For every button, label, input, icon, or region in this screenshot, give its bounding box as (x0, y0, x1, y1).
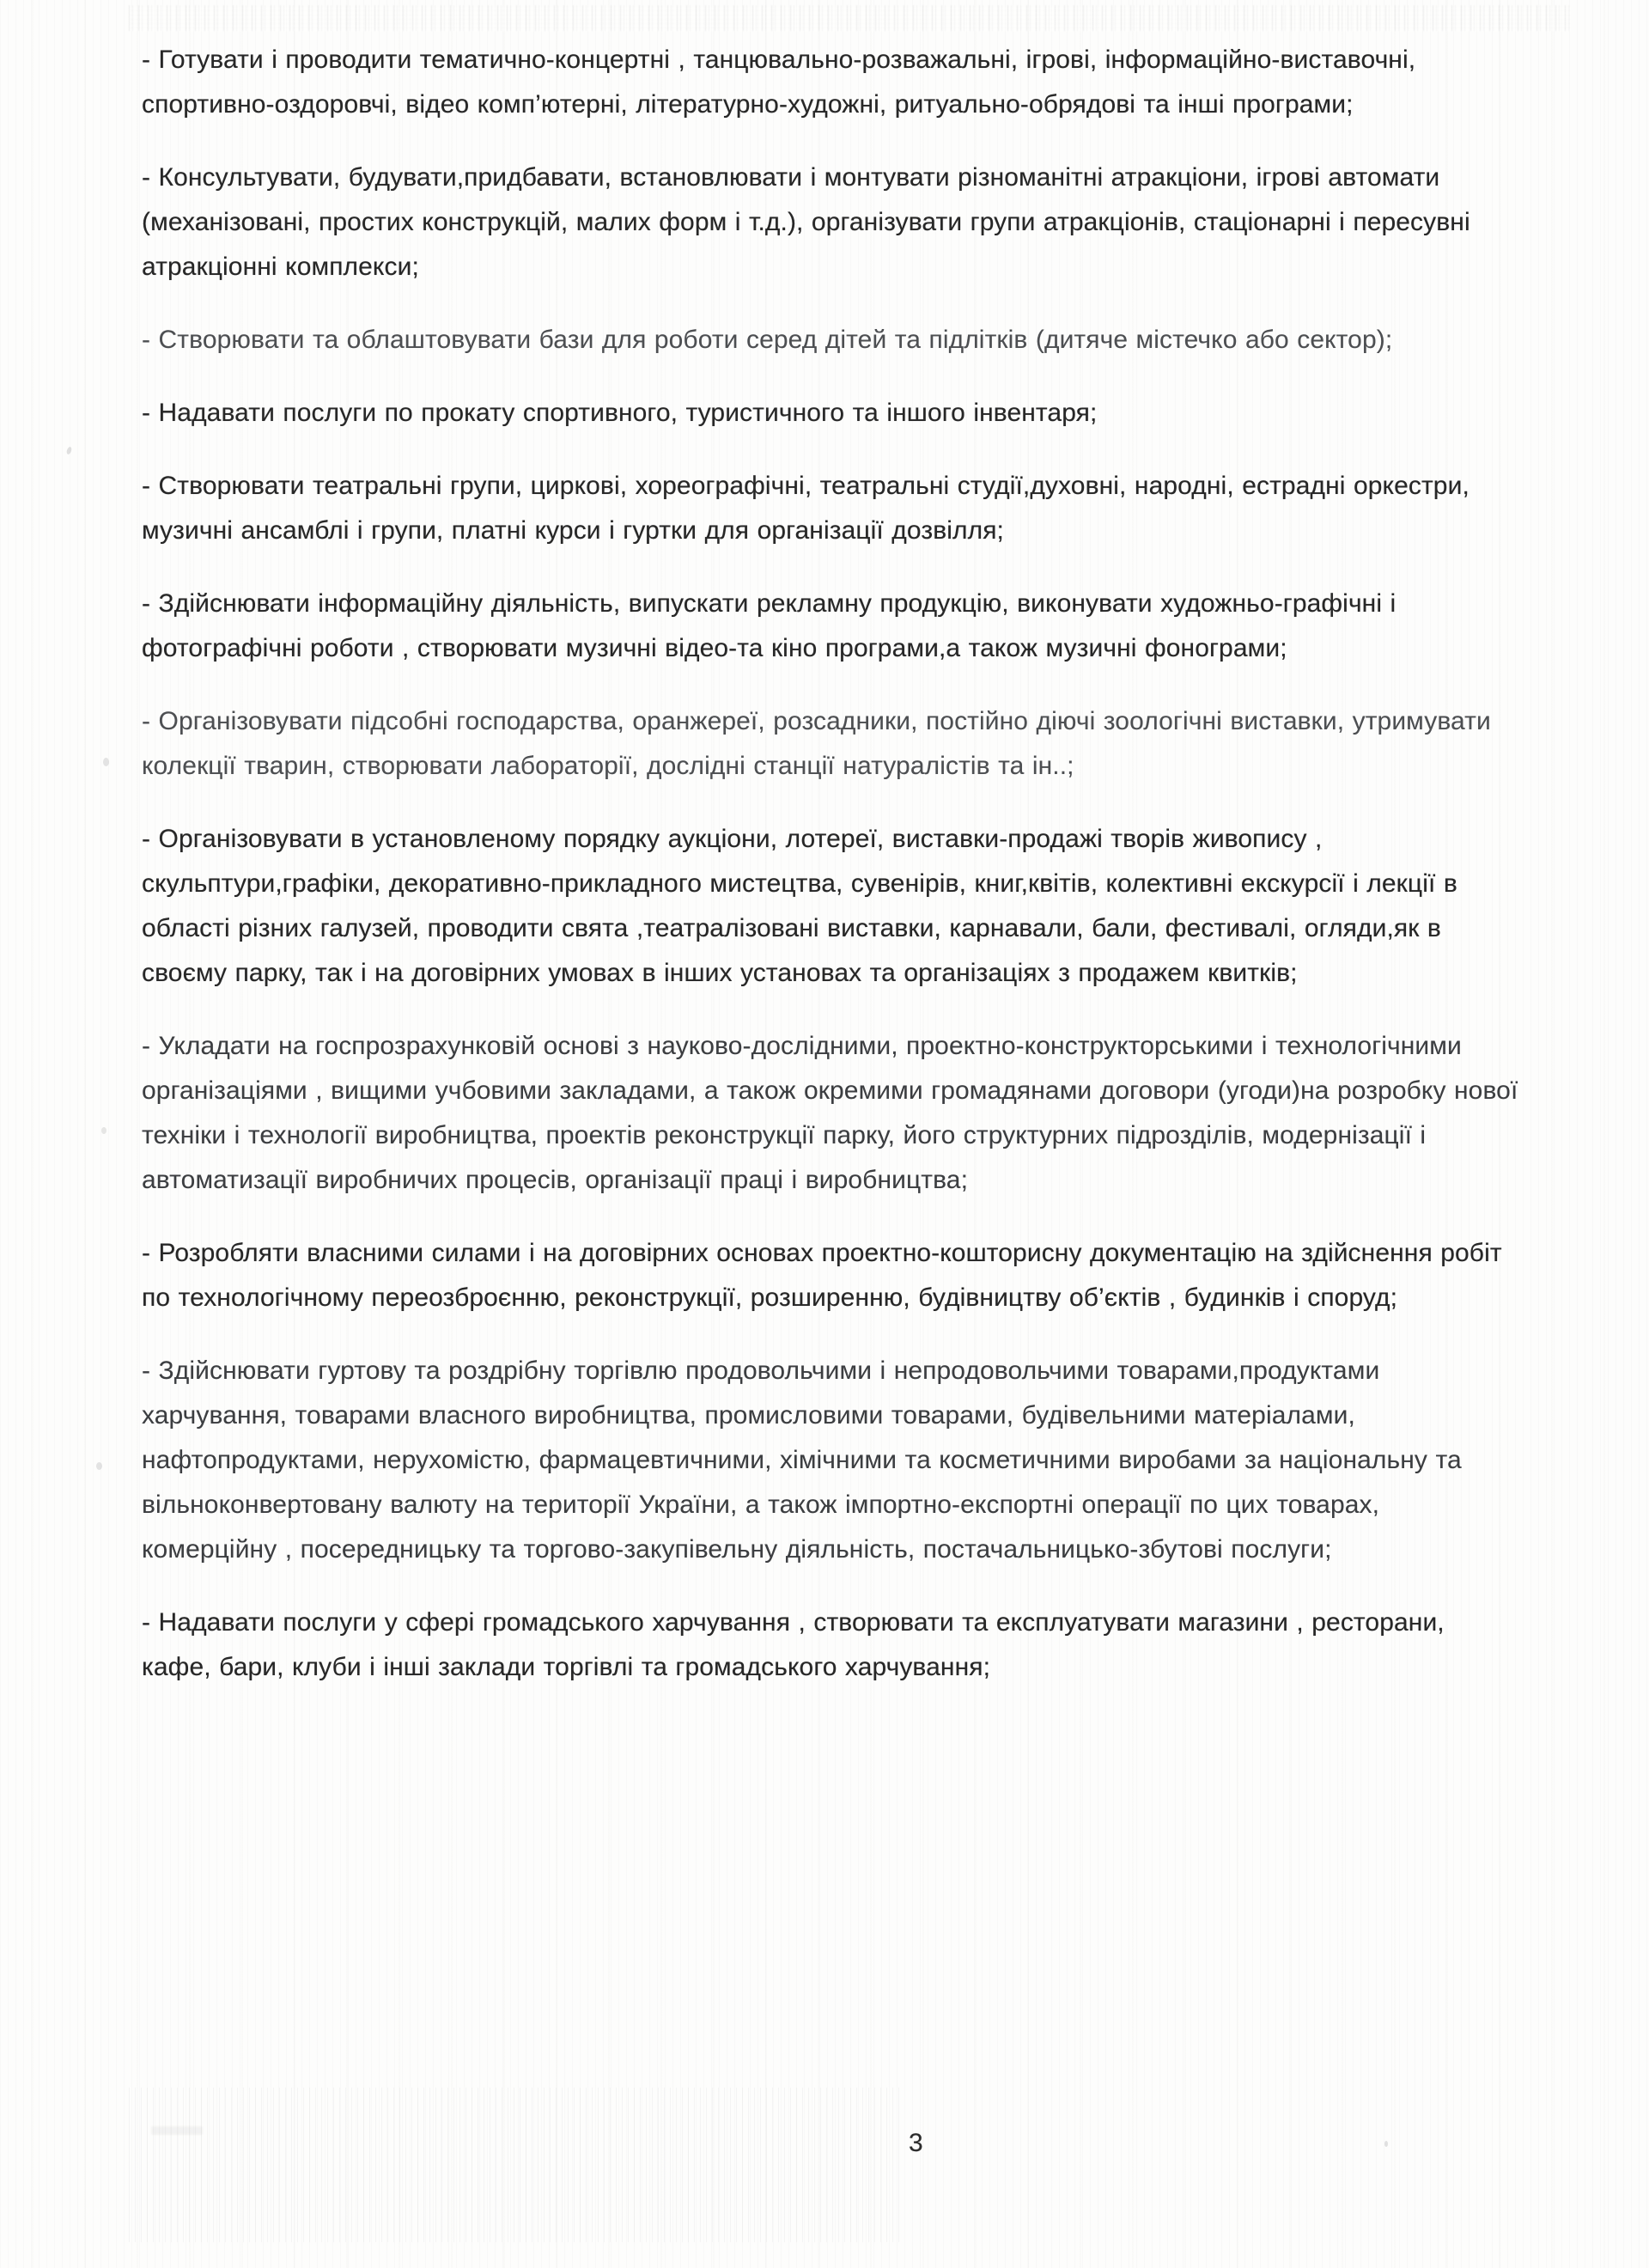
scan-speck (1384, 2141, 1388, 2147)
paragraph-attractions: - Консультувати, будувати,придбавати, вс… (142, 155, 1520, 290)
paragraph-farms-zoos: - Організовувати підсобні господарства, … (142, 699, 1520, 789)
scan-speck (101, 1127, 106, 1134)
paragraph-trade: - Здійснювати гуртову та роздрібну торгі… (142, 1349, 1520, 1572)
paragraph-auctions-lotteries: - Організовувати в установленому порядку… (142, 817, 1520, 996)
paragraph-design-documentation: - Розробляти власними силами і на догові… (142, 1231, 1520, 1320)
scanned-document-page: - Готувати і проводити тематично-концерт… (0, 0, 1649, 2268)
paragraph-contracts: - Укладати на госпрозрахунковій основі з… (142, 1024, 1520, 1203)
paragraph-theatre-groups: - Створювати театральні групи, циркові, … (142, 464, 1520, 553)
scan-noise-top (129, 5, 1572, 31)
scan-speck (66, 446, 73, 454)
paragraph-programs: - Готувати і проводити тематично-концерт… (142, 38, 1520, 127)
document-body-text: - Готувати і проводити тематично-концерт… (142, 38, 1520, 1718)
scan-speck (151, 2126, 203, 2135)
scan-speck (103, 758, 109, 766)
page-number: 3 (909, 2129, 923, 2158)
scan-noise-bottom (129, 2088, 902, 2242)
paragraph-information-activity: - Здійснювати інформаційну діяльність, в… (142, 582, 1520, 671)
paragraph-catering-services: - Надавати послуги у сфері громадського … (142, 1600, 1520, 1690)
scan-speck (96, 1462, 102, 1470)
paragraph-children-bases: - Створювати та облаштовувати бази для р… (142, 318, 1520, 363)
paragraph-rental-services: - Надавати послуги по прокату спортивног… (142, 391, 1520, 436)
